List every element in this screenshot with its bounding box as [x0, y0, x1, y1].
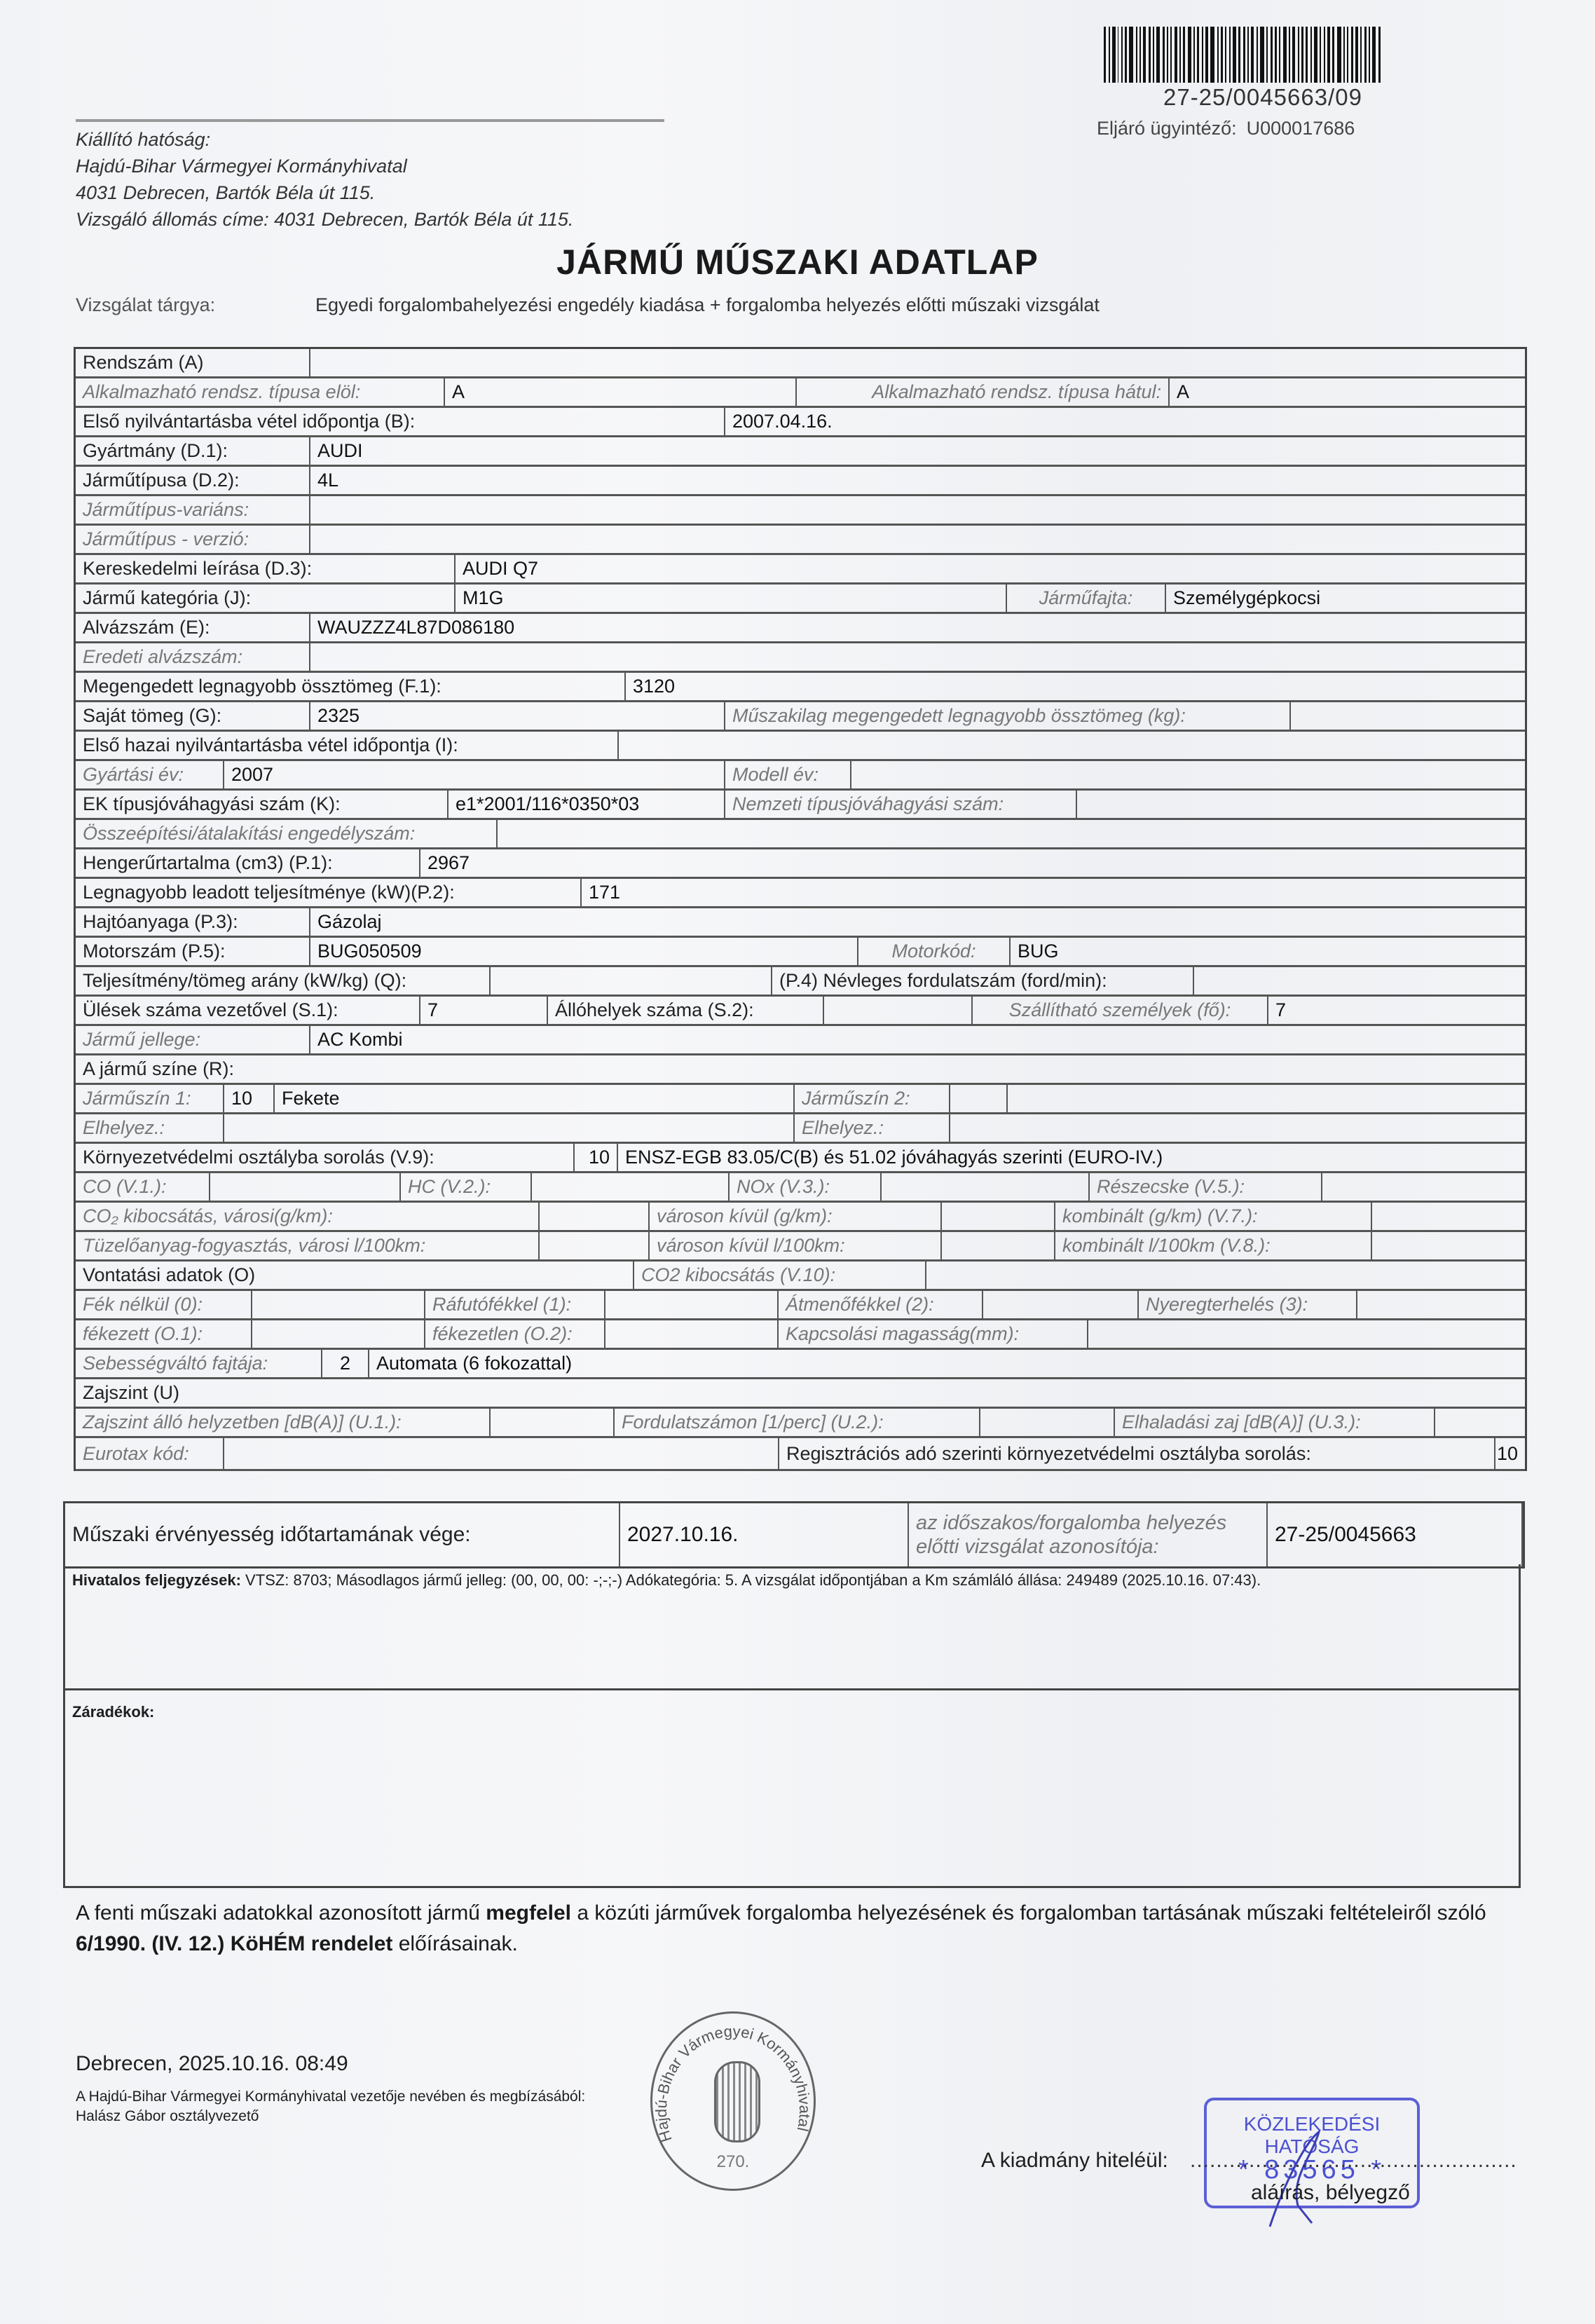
inspection-id-value: 27-25/0045663	[1268, 1503, 1523, 1566]
field-value	[942, 1232, 1055, 1259]
field-value: Fekete	[275, 1085, 795, 1112]
field-label: Legnagyobb leadott teljesítménye (kW)(P.…	[76, 879, 582, 906]
place-date: Debrecen, 2025.10.16. 08:49	[76, 2052, 348, 2076]
subject-label: Vizsgálat tárgya:	[76, 294, 215, 316]
field-value	[605, 1320, 779, 1348]
field-label: Regisztrációs adó szerinti környezetvéde…	[779, 1438, 1495, 1469]
field-value	[1322, 1173, 1525, 1201]
field-label: fékezett (O.1):	[76, 1320, 252, 1348]
field-label: Fordulatszámon [1/perc] (U.2.):	[615, 1409, 980, 1436]
field-label: Műszakilag megengedett legnagyobb össztö…	[725, 702, 1291, 730]
table-row: Rendszám (A)	[76, 349, 1525, 378]
field-value	[1357, 1291, 1525, 1318]
field-value	[851, 761, 1525, 788]
field-value	[210, 1173, 401, 1201]
page-title: JÁRMŰ MŰSZAKI ADATLAP	[0, 242, 1595, 282]
clerk-info: Eljáró ügyintéző:U000017686	[1097, 118, 1355, 139]
field-label: Ráfutófékkel (1):	[425, 1291, 605, 1318]
field-value	[310, 496, 1525, 524]
clerk-id: U000017686	[1247, 118, 1355, 139]
inspection-id-label: az időszakos/forgalomba helyezés előtti …	[909, 1503, 1268, 1566]
field-value	[532, 1173, 730, 1201]
issuer-address: 4031 Debrecen, Bartók Béla út 115.	[76, 179, 573, 206]
issuer-block: Kiállító hatóság: Hajdú-Bihar Vármegyei …	[76, 126, 573, 233]
vehicle-data-table: Rendszám (A) Alkalmazható rendsz. típusa…	[74, 347, 1527, 1471]
field-label: Teljesítmény/tömeg arány (kW/kg) (Q):	[76, 967, 491, 994]
table-row: Hajtóanyaga (P.3): Gázolaj	[76, 908, 1525, 938]
field-label: Nemzeti típusjóváhagyási szám:	[725, 791, 1077, 818]
table-row: Ülések száma vezetővel (S.1): 7 Állóhely…	[76, 997, 1525, 1026]
field-label: Jármű kategória (J):	[76, 585, 456, 612]
field-value	[310, 349, 1525, 376]
table-row: Eurotax kód: Regisztrációs adó szerinti …	[76, 1438, 1525, 1471]
field-value	[1194, 967, 1525, 994]
field-value	[1008, 1085, 1525, 1112]
field-value	[491, 1409, 615, 1436]
station-address: Vizsgáló állomás címe: 4031 Debrecen, Ba…	[76, 206, 573, 233]
document-page: 27-25/0045663/09 Eljáró ügyintéző:U00001…	[0, 0, 1595, 2324]
issuer-name: Hajdú-Bihar Vármegyei Kormányhivatal	[76, 153, 573, 179]
field-value: BUG050509	[310, 938, 858, 965]
subject-value: Egyedi forgalombahelyezési engedély kiad…	[315, 294, 1100, 316]
round-seal-stamp: Hajdú-Bihar Vármegyei Kormányhivatal 270…	[650, 2011, 816, 2191]
table-row: Vontatási adatok (O) CO2 kibocsátás (V.1…	[76, 1262, 1525, 1291]
declaration-verdict: megfelel	[486, 1901, 571, 1925]
field-value	[540, 1232, 650, 1259]
table-row: Eredeti alvázszám:	[76, 643, 1525, 673]
field-value: Gázolaj	[310, 908, 1525, 936]
issuer-label: Kiállító hatóság:	[76, 126, 573, 153]
declaration-text: előírásainak.	[392, 1932, 517, 1955]
table-row: Megengedett legnagyobb össztömeg (F.1): …	[76, 673, 1525, 702]
field-label: Elhelyez.:	[795, 1114, 950, 1142]
signatory-block: A Hajdú-Bihar Vármegyei Kormányhivatal v…	[76, 2087, 585, 2126]
table-row: Kereskedelmi leírása (D.3): AUDI Q7	[76, 555, 1525, 585]
notes-text: VTSZ: 8703; Másodlagos jármű jelleg: (00…	[241, 1571, 1261, 1589]
declaration-regulation: 6/1990. (IV. 12.) KöHÉM rendelet	[76, 1932, 392, 1955]
field-code: 10	[224, 1085, 275, 1112]
table-row: A jármű színe (R):	[76, 1055, 1525, 1085]
field-code: 2	[322, 1350, 369, 1377]
signature-caption: aláírás, bélyegző	[1251, 2181, 1410, 2205]
field-label: Alkalmazható rendsz. típusa hátul:	[797, 378, 1170, 406]
official-notes-box: Hivatalos feljegyzések: VTSZ: 8703; Máso…	[63, 1564, 1521, 1690]
field-value: A	[445, 378, 797, 406]
field-value: 2967	[420, 849, 1525, 877]
field-label: Járműszín 2:	[795, 1085, 950, 1112]
field-label: Zajszint álló helyzetben [dB(A)] (U.1.):	[76, 1409, 491, 1436]
signature-line: ........................................…	[1190, 2149, 1517, 2173]
field-value: 10	[1495, 1438, 1525, 1469]
field-label: Fék nélkül (0):	[76, 1291, 252, 1318]
field-label: Jármű jellege:	[76, 1026, 310, 1053]
field-label: Modell év:	[725, 761, 851, 788]
table-row: Járműtípus-variáns:	[76, 496, 1525, 526]
inspection-id-label-line1: az időszakos/forgalomba helyezés	[916, 1511, 1226, 1535]
field-value	[1088, 1320, 1525, 1348]
field-label: Nyeregterhelés (3):	[1139, 1291, 1357, 1318]
field-value	[824, 997, 973, 1024]
field-label: A jármű színe (R):	[76, 1055, 1525, 1083]
field-value	[1077, 791, 1525, 818]
table-row: Motorszám (P.5): BUG050509 Motorkód: BUG	[76, 938, 1525, 967]
field-label: Részecske (V.5.):	[1090, 1173, 1322, 1201]
barcode	[1104, 27, 1468, 83]
field-label: Gyártmány (D.1):	[76, 437, 310, 465]
field-label: Eurotax kód:	[76, 1438, 224, 1469]
field-label: Járműtípus-variáns:	[76, 496, 310, 524]
signatory-line1: A Hajdú-Bihar Vármegyei Kormányhivatal v…	[76, 2087, 585, 2107]
field-label: Elhelyez.:	[76, 1114, 224, 1142]
field-value: 4L	[310, 467, 1525, 494]
field-label: Járműtípusa (D.2):	[76, 467, 310, 494]
clauses-label: Záradékok:	[72, 1703, 154, 1721]
field-value: WAUZZZ4L87D086180	[310, 614, 1525, 641]
table-row: CO (V.1.): HC (V.2.): NOx (V.3.): Részec…	[76, 1173, 1525, 1203]
field-value: BUG	[1011, 938, 1525, 965]
table-row: Első hazai nyilvántartásba vétel időpont…	[76, 732, 1525, 761]
validity-value: 2027.10.16.	[620, 1503, 909, 1566]
table-row: Teljesítmény/tömeg arány (kW/kg) (Q): (P…	[76, 967, 1525, 997]
field-label: HC (V.2.):	[401, 1173, 532, 1201]
field-value	[1372, 1203, 1525, 1230]
table-row: Fék nélkül (0): Ráfutófékkel (1): Átmenő…	[76, 1291, 1525, 1320]
field-value	[498, 820, 1525, 847]
field-value: 7	[1268, 997, 1525, 1024]
clerk-label: Eljáró ügyintéző:	[1097, 118, 1237, 139]
field-label: városon kívül (g/km):	[650, 1203, 942, 1230]
field-value: AC Kombi	[310, 1026, 1525, 1053]
clauses-box: Záradékok:	[63, 1690, 1521, 1888]
field-value: 171	[582, 879, 1525, 906]
field-label: Szállítható személyek (fő):	[973, 997, 1268, 1024]
field-label: fékezetlen (O.2):	[425, 1320, 605, 1348]
table-row: Gyártási év: 2007 Modell év:	[76, 761, 1525, 791]
field-value	[252, 1320, 425, 1348]
field-value	[310, 643, 1525, 671]
field-label: Járműfajta:	[1007, 585, 1166, 612]
field-value: Személygépkocsi	[1166, 585, 1525, 612]
field-value: 2325	[310, 702, 725, 730]
field-value	[1291, 702, 1525, 730]
field-label: CO₂ kibocsátás, városi(g/km):	[76, 1203, 540, 1230]
table-row: Sebességváltó fajtája: 2 Automata (6 fok…	[76, 1350, 1525, 1379]
field-label: Kapcsolási magasság(mm):	[779, 1320, 1088, 1348]
field-label: Tüzelőanyag-fogyasztás, városi l/100km:	[76, 1232, 540, 1259]
field-label: Vontatási adatok (O)	[76, 1262, 634, 1289]
field-label: Járműtípus - verzió:	[76, 526, 310, 553]
field-value: 2007.04.16.	[725, 408, 1525, 435]
table-row: Járműtípus - verzió:	[76, 526, 1525, 555]
field-label: Zajszint (U)	[76, 1379, 1525, 1407]
table-row: EK típusjóváhagyási szám (K): e1*2001/11…	[76, 791, 1525, 820]
field-label: Kereskedelmi leírása (D.3):	[76, 555, 456, 582]
field-value: ENSZ-EGB 83.05/C(B) és 51.02 jóváhagyás …	[618, 1144, 1525, 1171]
table-row: Legnagyobb leadott teljesítménye (kW)(P.…	[76, 879, 1525, 908]
field-value: A	[1170, 378, 1525, 406]
field-label: Sebességváltó fajtája:	[76, 1350, 322, 1377]
table-row: Gyártmány (D.1): AUDI	[76, 437, 1525, 467]
field-label: Saját tömeg (G):	[76, 702, 310, 730]
field-label: CO2 kibocsátás (V.10):	[634, 1262, 926, 1289]
table-row: CO₂ kibocsátás, városi(g/km): városon kí…	[76, 1203, 1525, 1232]
field-label: Első hazai nyilvántartásba vétel időpont…	[76, 732, 619, 759]
table-row: Környezetvédelmi osztályba sorolás (V.9)…	[76, 1144, 1525, 1173]
declaration-text: A fenti műszaki adatokkal azonosított já…	[76, 1901, 486, 1925]
field-label: Hajtóanyaga (P.3):	[76, 908, 310, 936]
seal-number: 270.	[652, 2152, 814, 2172]
header-divider	[76, 119, 664, 122]
field-label: kombinált l/100km (V.8.):	[1055, 1232, 1372, 1259]
field-label: Motorszám (P.5):	[76, 938, 310, 965]
table-row: Járműtípusa (D.2): 4L	[76, 467, 1525, 496]
field-label: CO (V.1.):	[76, 1173, 210, 1201]
field-label: Összeépítési/átalakítási engedélyszám:	[76, 820, 498, 847]
table-row: Alvázszám (E): WAUZZZ4L87D086180	[76, 614, 1525, 643]
field-value	[224, 1438, 779, 1469]
field-code	[950, 1085, 1008, 1112]
field-label: kombinált (g/km) (V.7.):	[1055, 1203, 1372, 1230]
field-value	[950, 1114, 1525, 1142]
table-row: fékezett (O.1): fékezetlen (O.2): Kapcso…	[76, 1320, 1525, 1350]
field-value	[983, 1291, 1139, 1318]
table-row: Saját tömeg (G): 2325 Műszakilag megenge…	[76, 702, 1525, 732]
field-value	[491, 967, 772, 994]
authentication-label: A kiadmány hiteléül:	[981, 2149, 1168, 2173]
field-code: 10	[575, 1144, 618, 1171]
field-label: Motorkód:	[858, 938, 1011, 965]
table-row: Zajszint álló helyzetben [dB(A)] (U.1.):…	[76, 1409, 1525, 1438]
compliance-declaration: A fenti műszaki adatokkal azonosított já…	[76, 1898, 1519, 1960]
field-value: AUDI Q7	[456, 555, 1525, 582]
table-row: Elhelyez.: Elhelyez.:	[76, 1114, 1525, 1144]
field-value: 7	[420, 997, 548, 1024]
field-label: Gyártási év:	[76, 761, 224, 788]
signatory-line2: Halász Gábor osztályvezető	[76, 2107, 585, 2126]
field-label: Alkalmazható rendsz. típusa elöl:	[76, 378, 445, 406]
field-value	[310, 526, 1525, 553]
table-row: Alkalmazható rendsz. típusa elöl: A Alka…	[76, 378, 1525, 408]
field-label: (P.4) Névleges fordulatszám (ford/min):	[772, 967, 1194, 994]
field-value	[605, 1291, 779, 1318]
field-value: 3120	[626, 673, 1525, 700]
field-value	[926, 1262, 1525, 1289]
table-row: Zajszint (U)	[76, 1379, 1525, 1409]
field-label: Hengerűrtartalma (cm3) (P.1):	[76, 849, 420, 877]
field-value: AUDI	[310, 437, 1525, 465]
field-label: Alvázszám (E):	[76, 614, 310, 641]
field-label: Járműszín 1:	[76, 1085, 224, 1112]
table-row: Első nyilvántartásba vétel időpontja (B)…	[76, 408, 1525, 437]
table-row: Jármű jellege: AC Kombi	[76, 1026, 1525, 1055]
field-value	[619, 732, 1525, 759]
declaration-text: a közúti járművek forgalomba helyezéséne…	[571, 1901, 1486, 1925]
field-label: Megengedett legnagyobb össztömeg (F.1):	[76, 673, 626, 700]
field-label: városon kívül l/100km:	[650, 1232, 942, 1259]
document-number: 27-25/0045663/09	[1163, 84, 1362, 111]
table-row: Hengerűrtartalma (cm3) (P.1): 2967	[76, 849, 1525, 879]
field-value	[980, 1409, 1115, 1436]
field-label: EK típusjóváhagyási szám (K):	[76, 791, 449, 818]
field-label: Átmenőfékkel (2):	[779, 1291, 983, 1318]
field-value: 2007	[224, 761, 725, 788]
field-value	[540, 1203, 650, 1230]
field-label: Első nyilvántartásba vétel időpontja (B)…	[76, 408, 725, 435]
field-label: Környezetvédelmi osztályba sorolás (V.9)…	[76, 1144, 575, 1171]
field-label: Elhaladási zaj [dB(A)] (U.3.):	[1115, 1409, 1435, 1436]
table-row: Tüzelőanyag-fogyasztás, városi l/100km: …	[76, 1232, 1525, 1262]
table-row: Jármű kategória (J): M1G Járműfajta: Sze…	[76, 585, 1525, 614]
field-value: Automata (6 fokozattal)	[369, 1350, 1525, 1377]
field-value	[942, 1203, 1055, 1230]
field-value	[1372, 1232, 1525, 1259]
field-value	[1435, 1409, 1525, 1436]
table-row: Összeépítési/átalakítási engedélyszám:	[76, 820, 1525, 849]
field-value	[224, 1114, 795, 1142]
coat-of-arms-icon	[714, 2061, 760, 2142]
field-label: Ülések száma vezetővel (S.1):	[76, 997, 420, 1024]
table-row: Járműszín 1: 10 Fekete Járműszín 2:	[76, 1085, 1525, 1114]
field-label: NOx (V.3.):	[730, 1173, 882, 1201]
validity-label: Műszaki érvényesség időtartamának vége:	[65, 1503, 620, 1566]
field-label: Eredeti alvázszám:	[76, 643, 310, 671]
field-label: Rendszám (A)	[76, 349, 310, 376]
field-label: Állóhelyek száma (S.2):	[548, 997, 824, 1024]
validity-block: Műszaki érvényesség időtartamának vége: …	[63, 1501, 1525, 1568]
field-value: e1*2001/116*0350*03	[449, 791, 725, 818]
inspection-id-label-line2: előtti vizsgálat azonosítója:	[916, 1535, 1159, 1559]
notes-label: Hivatalos feljegyzések:	[72, 1571, 241, 1589]
field-value	[882, 1173, 1090, 1201]
field-value: M1G	[456, 585, 1007, 612]
field-value	[252, 1291, 425, 1318]
